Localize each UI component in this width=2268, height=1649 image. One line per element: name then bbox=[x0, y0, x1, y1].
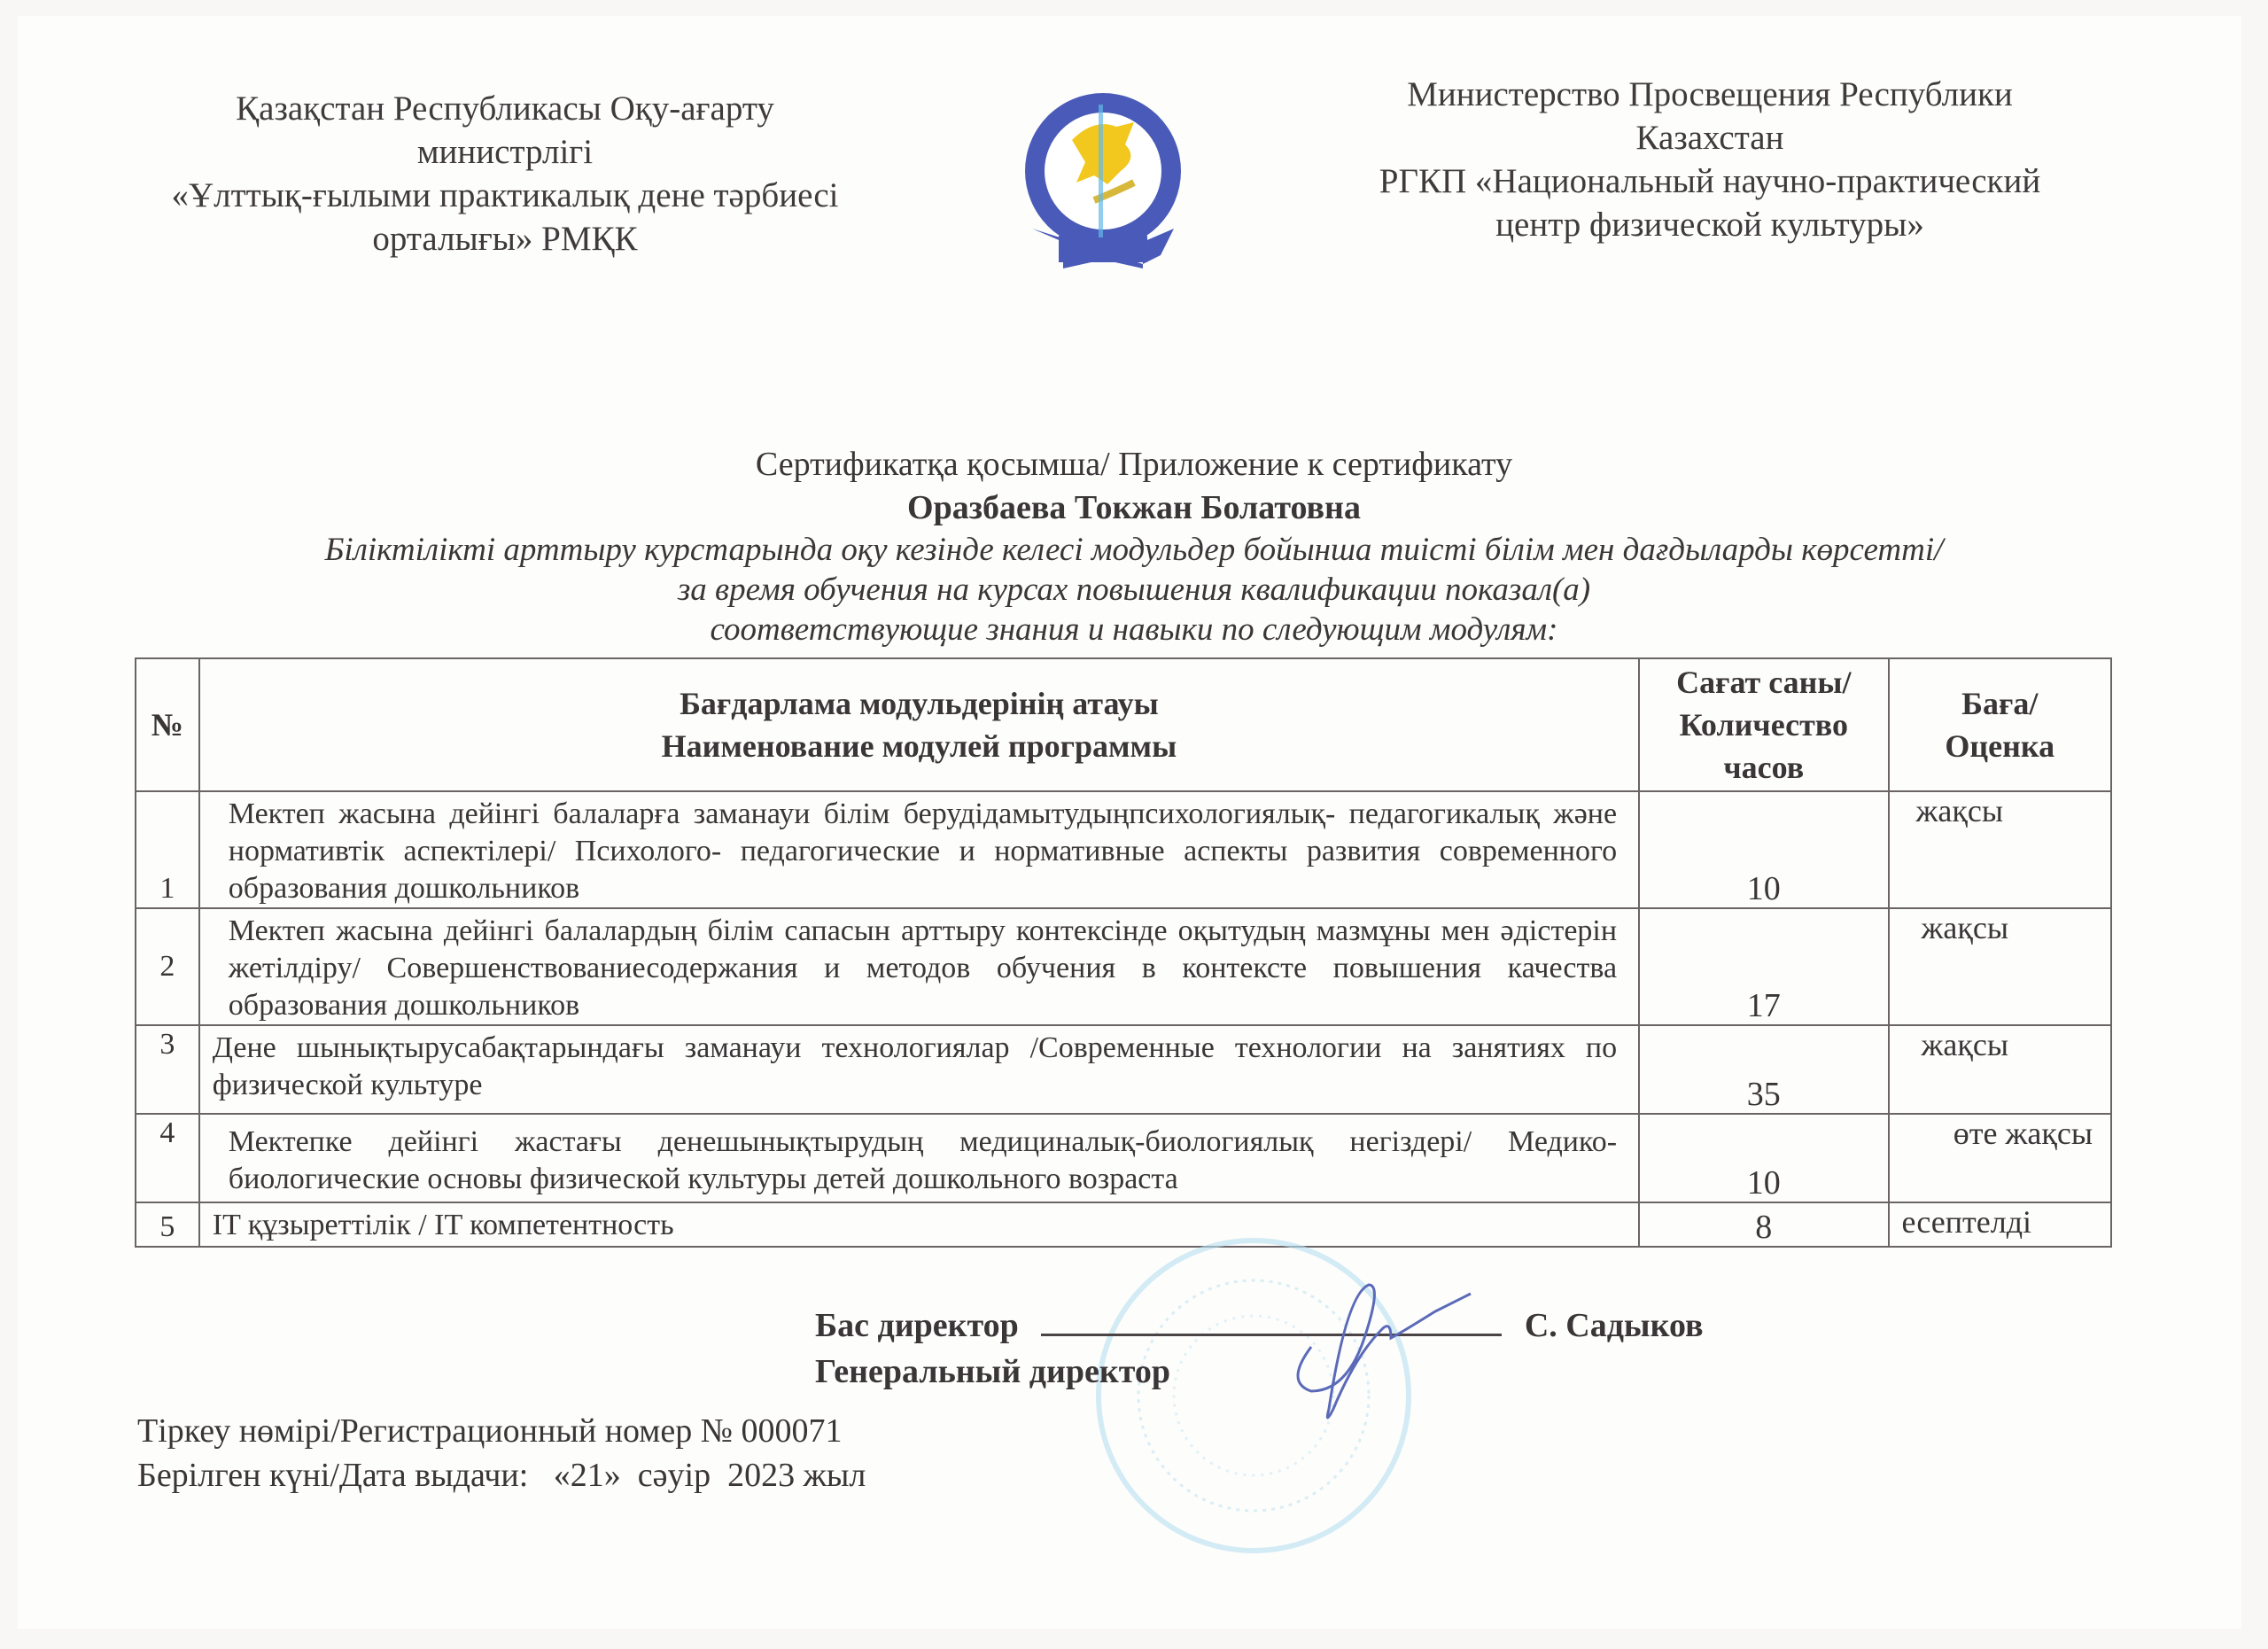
row-hours: 35 bbox=[1639, 1025, 1888, 1114]
table-row: 4 Мектепке дейінгі жастағы денешынықтыру… bbox=[136, 1114, 2111, 1202]
header-name-ru: Наименование модулей программы bbox=[200, 725, 1638, 767]
row-grade: жақсы bbox=[1889, 908, 2111, 1025]
header-hours: Сағат саны/ Количество часов bbox=[1639, 658, 1888, 791]
row-module-name: Мектеп жасына дейінгі балалардың білім с… bbox=[199, 908, 1639, 1025]
header-number: № bbox=[136, 658, 199, 791]
header-grade-line: Оценка bbox=[1890, 725, 2110, 767]
row-number: 5 bbox=[136, 1202, 199, 1247]
row-module-name: Мектепке дейінгі жастағы денешынықтыруды… bbox=[199, 1114, 1639, 1202]
header-hours-line: Количество bbox=[1640, 704, 1887, 746]
header-name-kz: Бағдарлама модульдерінің атауы bbox=[200, 682, 1638, 725]
header-right-line: Министерство Просвещения Республики bbox=[1311, 73, 2109, 116]
director-title-kz: Бас директор bbox=[815, 1307, 1019, 1344]
director-name: С. Садыков bbox=[1525, 1307, 1704, 1344]
handwritten-signature-icon bbox=[1258, 1258, 1488, 1427]
row-hours: 10 bbox=[1639, 791, 1888, 908]
row-number: 3 bbox=[136, 1025, 199, 1114]
registration-number: Тіркеу нөмірі/Регистрационный номер № 00… bbox=[137, 1409, 866, 1453]
header-module-name: Бағдарлама модульдерінің атауы Наименова… bbox=[199, 658, 1639, 791]
row-module-name: Дене шынықтырусабақтарындағы заманауи те… bbox=[199, 1025, 1639, 1114]
header-grade: Баға/ Оценка bbox=[1889, 658, 2111, 791]
header-hours-line: часов bbox=[1640, 746, 1887, 789]
description-line: Біліктілікті арттыру курстарында оқу кез… bbox=[159, 530, 2109, 570]
row-grade: жақсы bbox=[1889, 1025, 2111, 1114]
recipient-name: Оразбаева Токжан Болатовна bbox=[159, 486, 2109, 530]
row-module-name: IT құзыреттілік / IT компетентность bbox=[199, 1202, 1639, 1247]
modules-table: № Бағдарлама модульдерінің атауы Наимено… bbox=[135, 657, 2112, 1248]
document-subtitle: Сертификатқа қосымша/ Приложение к серти… bbox=[159, 443, 2109, 486]
footer: Тіркеу нөмірі/Регистрационный номер № 00… bbox=[137, 1409, 866, 1497]
description-line: соответствующие знания и навыки по следу… bbox=[159, 610, 2109, 649]
header-right-ru: Министерство Просвещения Республики Каза… bbox=[1311, 73, 2109, 246]
table-row: 3 Дене шынықтырусабақтарындағы заманауи … bbox=[136, 1025, 2111, 1114]
row-number: 2 bbox=[136, 908, 199, 1025]
row-grade: өте жақсы bbox=[1889, 1114, 2111, 1202]
header-left-line: «Ұлттық-ғылыми практикалық дене тәрбиесі bbox=[115, 174, 895, 217]
row-hours: 17 bbox=[1639, 908, 1888, 1025]
header-left-line: орталығы» РМҚК bbox=[115, 217, 895, 261]
header-right-line: Казахстан bbox=[1311, 116, 2109, 159]
title-block: Сертификатқа қосымша/ Приложение к серти… bbox=[159, 443, 2109, 649]
header-left-line: Қазақстан Республикасы Оқу-ағарту bbox=[115, 87, 895, 130]
description-line: за время обучения на курсах повышения кв… bbox=[159, 570, 2109, 610]
header-left-line: министрлігі bbox=[115, 130, 895, 174]
table-header-row: № Бағдарлама модульдерінің атауы Наимено… bbox=[136, 658, 2111, 791]
row-number: 4 bbox=[136, 1114, 199, 1202]
row-hours: 10 bbox=[1639, 1114, 1888, 1202]
header-right-line: центр физической культуры» bbox=[1311, 203, 2109, 246]
organization-emblem-icon bbox=[1010, 87, 1196, 282]
row-grade: жақсы bbox=[1889, 791, 2111, 908]
table-row: 2 Мектеп жасына дейінгі балалардың білім… bbox=[136, 908, 2111, 1025]
row-grade: есептелді bbox=[1889, 1202, 2111, 1247]
header-right-line: РГКП «Национальный научно-практический bbox=[1311, 159, 2109, 203]
table-row: 1 Мектеп жасына дейінгі балаларға замана… bbox=[136, 791, 2111, 908]
row-module-name: Мектеп жасына дейінгі балаларға заманауи… bbox=[199, 791, 1639, 908]
header-grade-line: Баға/ bbox=[1890, 682, 2110, 725]
row-number: 1 bbox=[136, 791, 199, 908]
row-hours: 8 bbox=[1639, 1202, 1888, 1247]
header-left-kz: Қазақстан Республикасы Оқу-ағарту минист… bbox=[115, 87, 895, 261]
issue-date: Берілген күні/Дата выдачи: «21» сәуір 20… bbox=[137, 1453, 866, 1497]
header-hours-line: Сағат саны/ bbox=[1640, 661, 1887, 704]
